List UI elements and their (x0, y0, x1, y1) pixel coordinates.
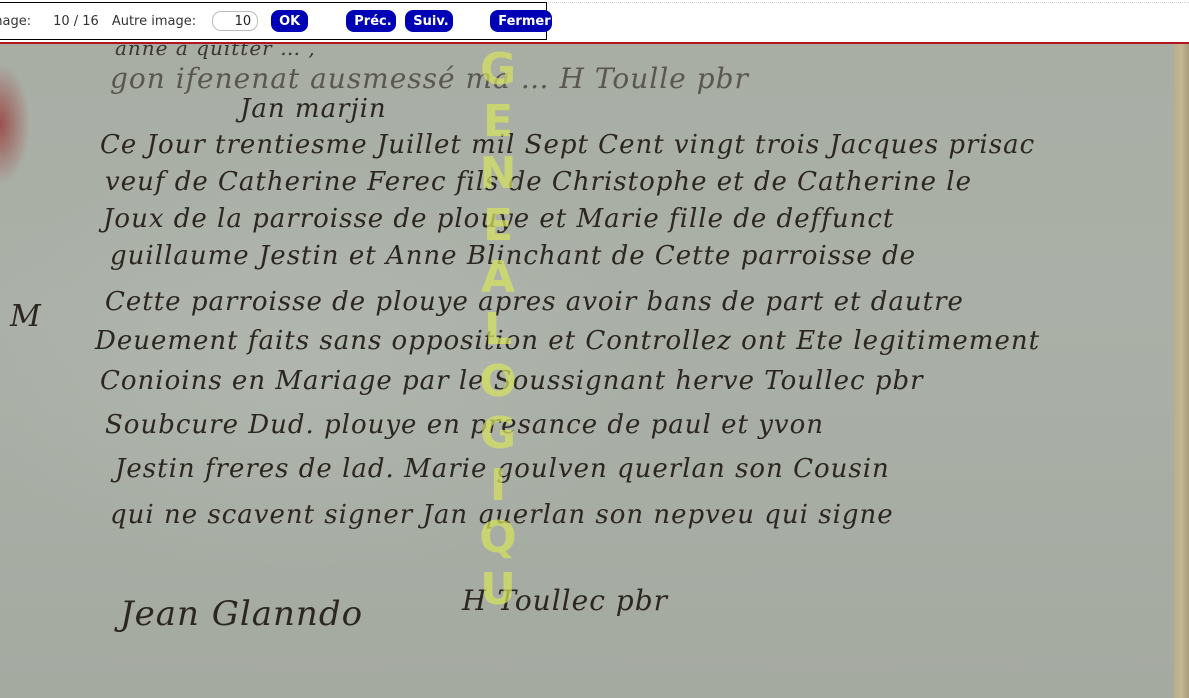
next-button[interactable]: Suiv. (405, 10, 453, 32)
signature-glanndo: Jean Glanndo (120, 594, 363, 634)
handwritten-line: Deuement faits sans opposition et Contro… (95, 326, 1040, 356)
watermark-letter: E (483, 96, 513, 148)
close-button[interactable]: Fermer (490, 10, 552, 32)
handwritten-line: Cette parroisse de plouye apres avoir ba… (105, 287, 964, 317)
other-image-label: Autre image: (112, 14, 196, 29)
genealogique-watermark: G E N E A L O G I Q U (478, 44, 518, 616)
handwritten-line: Ce Jour trentiesme Juillet mil Sept Cent… (100, 130, 1035, 160)
document-image-viewer[interactable]: anne a quitter … , gon ifenenat ausmessé… (0, 44, 1189, 698)
watermark-letter: Q (479, 512, 516, 564)
other-image-input[interactable] (212, 11, 258, 31)
watermark-letter: E (483, 200, 513, 252)
handwritten-line: veuf de Catherine Ferec fils de Christop… (105, 167, 972, 197)
watermark-letter: G (480, 44, 516, 96)
handwritten-line: gon ifenenat ausmessé ma … H Toulle pbr (110, 62, 749, 95)
parish-register-page: anne a quitter … , gon ifenenat ausmessé… (0, 44, 1174, 698)
page-edge (1174, 44, 1189, 698)
watermark-letter: I (490, 460, 506, 512)
handwritten-line: Jan marjin (240, 94, 387, 124)
margin-note: M (10, 299, 42, 334)
ok-button[interactable]: OK (271, 10, 308, 32)
image-navigation-toolbar: Image: 10 / 16 Autre image: OK Préc. Sui… (0, 2, 547, 40)
handwritten-line: anne a quitter … , (115, 44, 316, 60)
watermark-letter: U (480, 564, 516, 616)
image-counter: 10 / 16 (53, 14, 99, 29)
watermark-letter: N (480, 148, 517, 200)
watermark-letter: L (484, 304, 512, 356)
previous-button[interactable]: Préc. (346, 10, 396, 32)
watermark-letter: O (479, 356, 516, 408)
watermark-letter: G (480, 408, 516, 460)
image-label: Image: (0, 14, 31, 29)
watermark-letter: A (481, 252, 515, 304)
handwritten-line: Soubcure Dud. plouye en presance de paul… (105, 410, 824, 440)
